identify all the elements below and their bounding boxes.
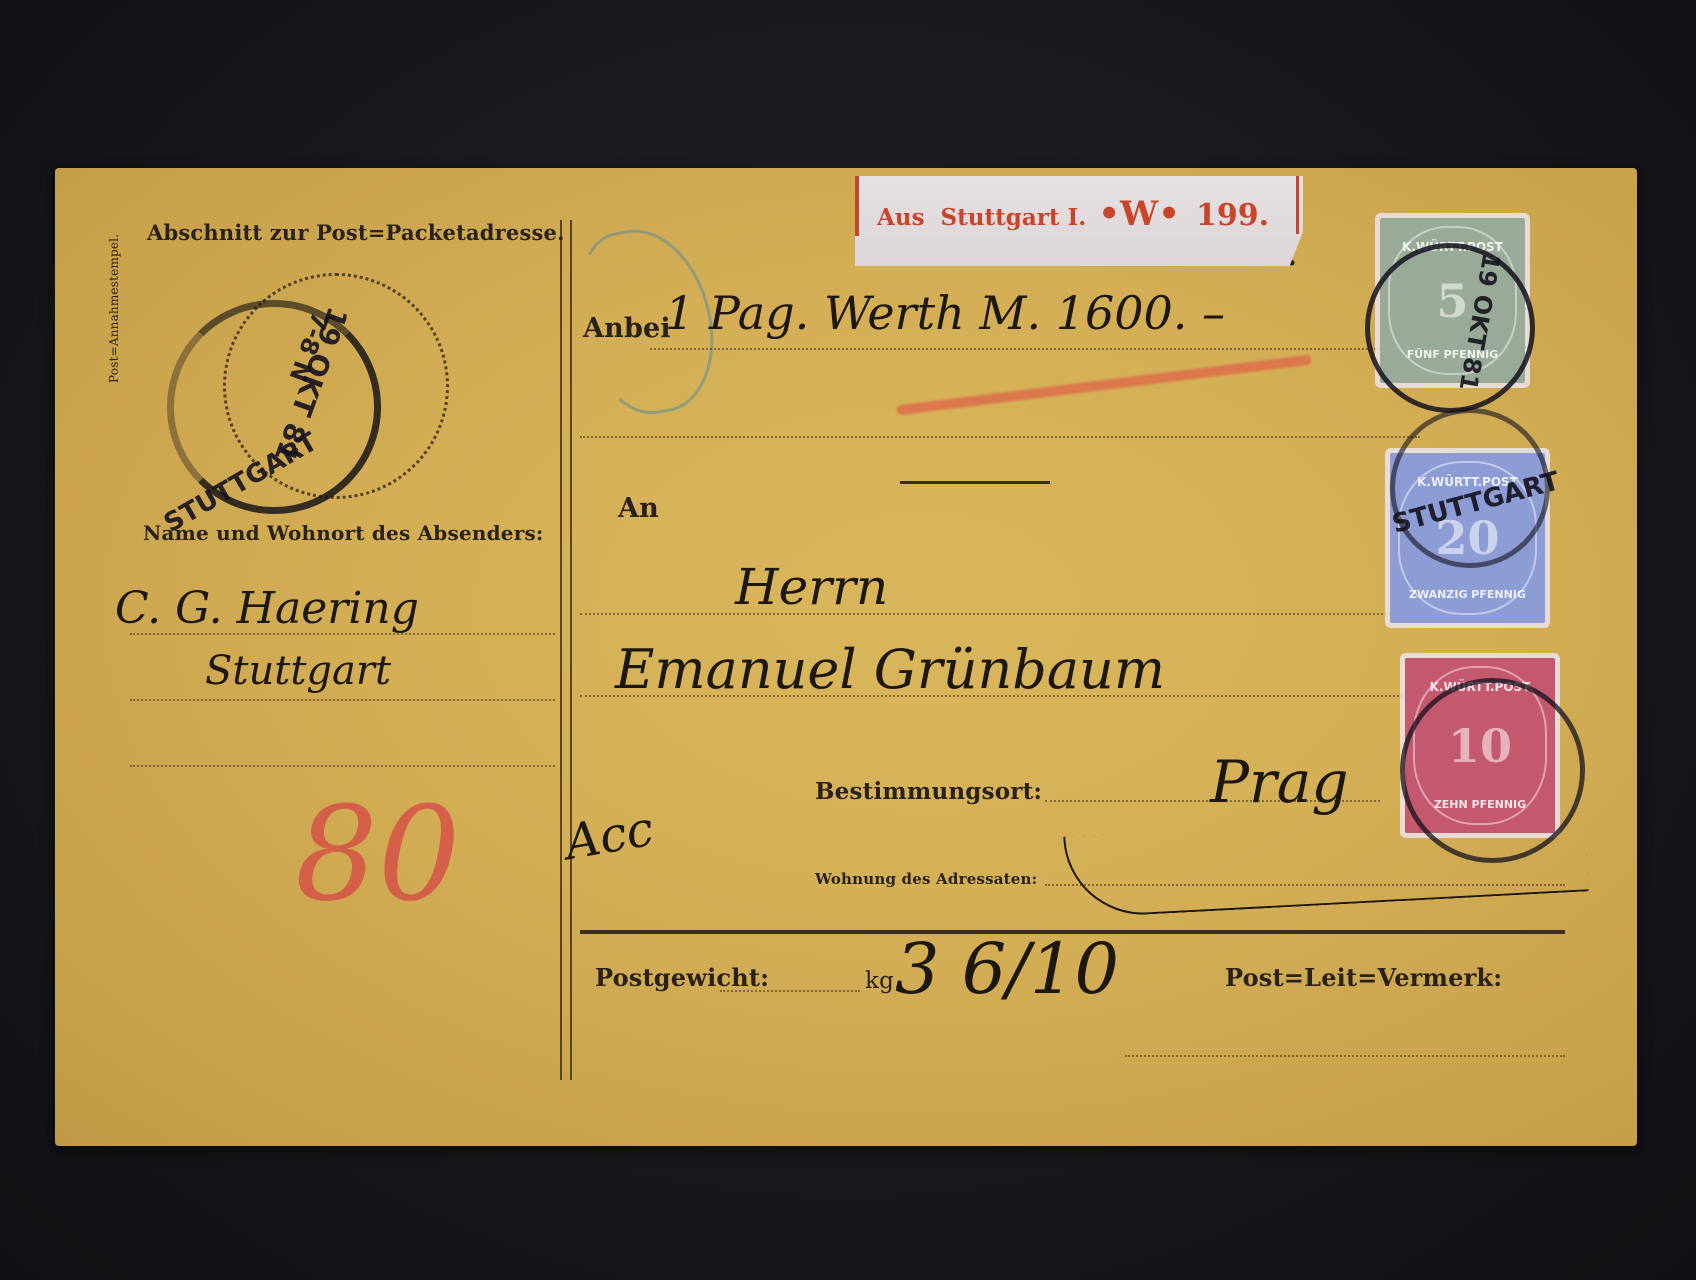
routing-label: Post=Leit=Vermerk: [1225,963,1502,992]
red-crayon-number: 80 [295,778,460,930]
label-city: Stuttgart I. [941,204,1087,231]
to-label: An [618,493,659,524]
recipient-salutation: Herrn [735,558,888,616]
sender-name: C. G. Haering [115,583,419,634]
divider-left [560,220,562,1080]
sender-line-3 [130,765,555,767]
enclosed-line [650,348,1420,350]
red-crayon-strike [896,355,1312,416]
sender-postmark [167,300,381,514]
recipient-name: Emanuel Grünbaum [615,638,1165,701]
label-prefix: Aus [877,204,925,231]
stamp-cancel-3 [1400,678,1585,863]
parcel-label: Aus Stuttgart I. •W• 199. [855,176,1303,266]
parcel-card: Abschnitt zur Post=Packetadresse. 19 OKT… [55,168,1637,1146]
recipient-line-1 [580,613,1415,615]
recipient-line-2 [580,695,1415,697]
weight-line [720,990,860,992]
sender-label: Name und Wohnort des Absenders: [143,521,544,545]
label-letter: •W• [1098,194,1180,234]
margin-note: Acc [561,801,658,872]
destination-value: Prag [1210,748,1348,816]
label-border-right [1296,176,1299,234]
divider-right [570,220,572,1080]
enclosed-label: Anbei [583,313,671,344]
sender-line-2 [130,699,555,701]
sender-line-1 [130,633,555,635]
label-text: Aus Stuttgart I. •W• 199. [877,194,1273,234]
stamp-cancel-1 [1365,243,1535,413]
postmark-caption: Post=Annahmestempel. [107,234,121,383]
weight-label: Postgewicht: [595,963,769,992]
routing-line [1125,1055,1565,1057]
sender-city: Stuttgart [205,648,391,694]
destination-label: Bestimmungsort: [815,778,1042,805]
enclosed-value: 1 Pag. Werth M. 1600. – [665,286,1225,340]
short-rule [900,481,1050,484]
residence-label: Wohnung des Adressaten: [815,870,1037,888]
label-number: 199. [1196,198,1269,233]
coupon-title: Abschnitt zur Post=Packetadresse. [147,220,565,245]
weight-value: 3 6/10 [895,928,1119,1010]
label-border-left [855,176,859,236]
enclosed-line-2 [580,436,1420,438]
